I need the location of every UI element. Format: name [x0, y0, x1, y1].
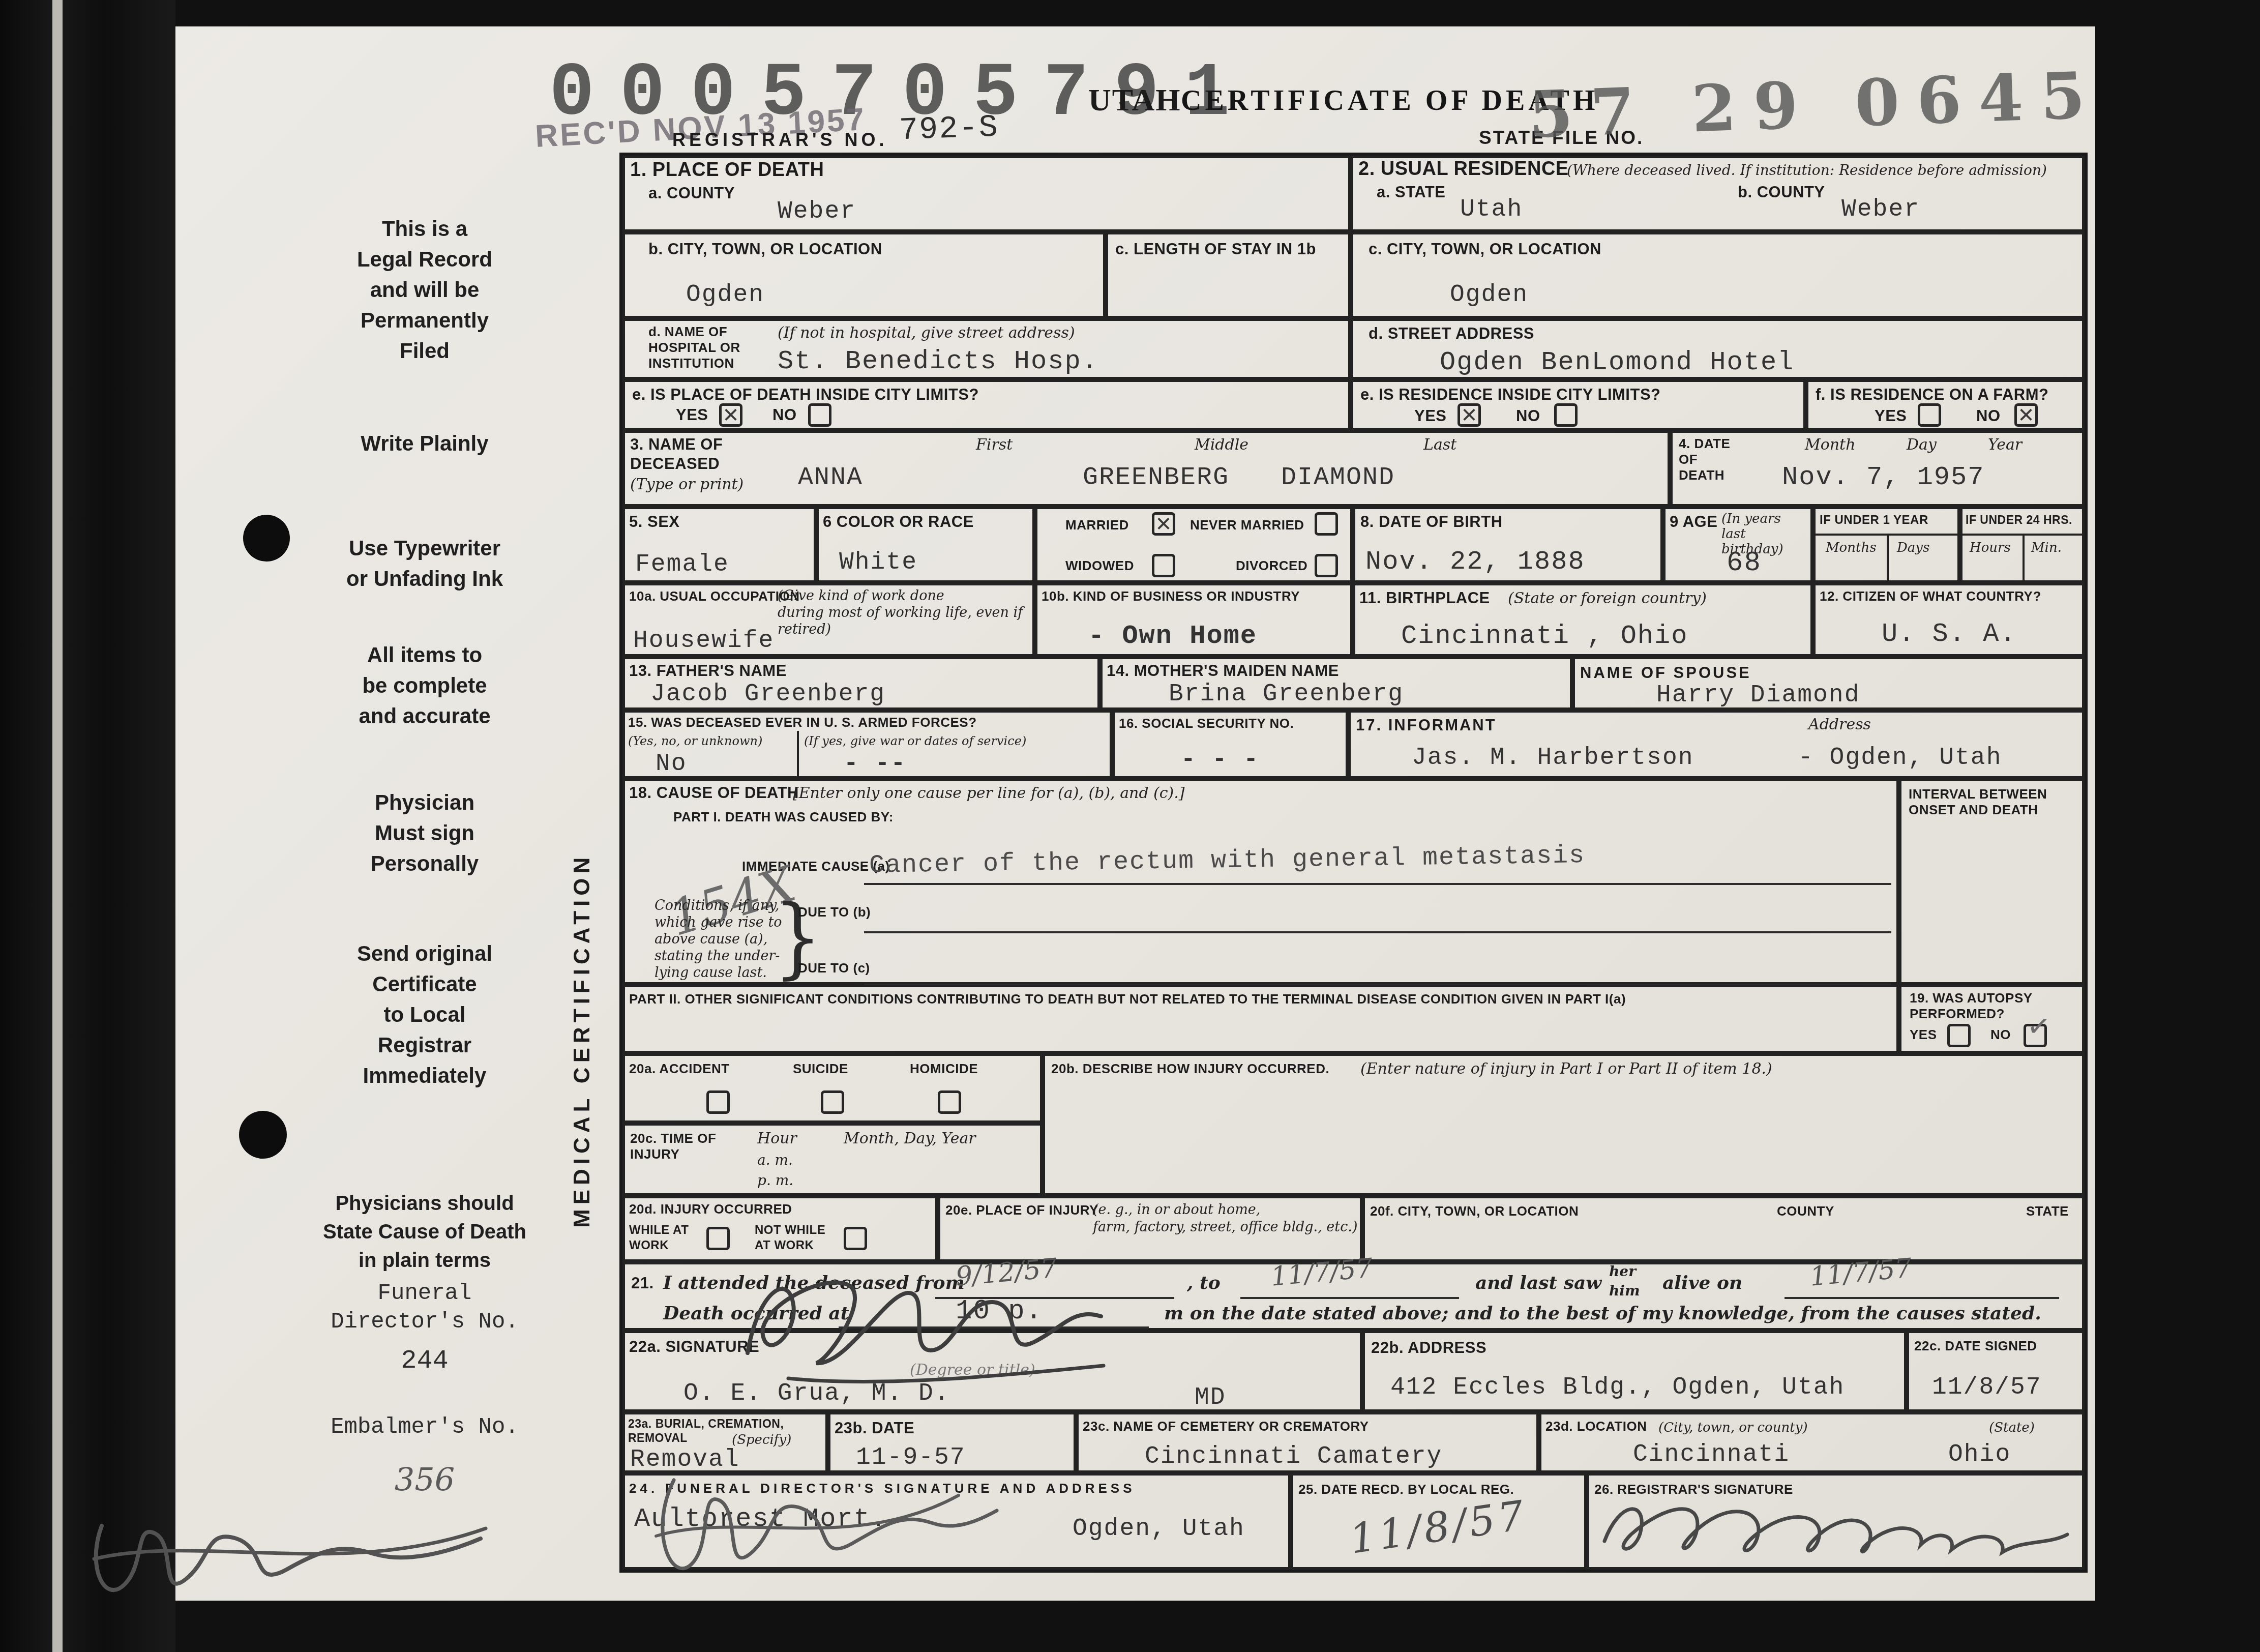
field-2e-yes-label: YES: [1414, 406, 1447, 426]
field-17-address: - Ogden, Utah: [1798, 744, 2002, 772]
margin-note-write-plainly: Write Plainly: [244, 428, 605, 459]
field-if-under-24-hrs: IF UNDER 24 HRS. Hours Min.: [1960, 507, 2085, 583]
field-1b-city: b. CITY, TOWN, OR LOCATION Ogden: [622, 232, 1106, 318]
title-utah: UTAH: [1088, 82, 1181, 119]
field-7-never-married-label: NEVER MARRIED: [1190, 517, 1304, 533]
field-3-last-value: DIAMOND: [1281, 463, 1395, 492]
field-1d-value: St. Benedicts Hosp.: [778, 346, 1098, 376]
field-19-yes-label: YES: [1910, 1027, 1937, 1043]
field-17-address-header: Address: [1808, 716, 1871, 734]
field-20c-label: 20c. TIME OF INJURY: [630, 1131, 716, 1162]
field-20f-state-label: STATE: [2026, 1203, 2069, 1219]
field-2d-label: d. STREET ADDRESS: [1369, 324, 1534, 343]
checkbox-7-widowed: [1152, 554, 1175, 577]
field-7-widowed-label: WIDOWED: [1065, 558, 1134, 574]
checkbox-1e-yes-mark: ✕: [722, 404, 739, 427]
field-22c-label: 22c. DATE SIGNED: [1914, 1338, 2037, 1354]
field-1e-no-label: NO: [772, 405, 797, 425]
field-usual-residence-state-county: 2. USUAL RESIDENCE (Where deceased lived…: [1351, 156, 2085, 232]
field-21-num: 21.: [631, 1274, 654, 1293]
field-15-v2: - --: [844, 750, 906, 778]
field-2a-label: a. STATE: [1377, 183, 1445, 202]
field-23d-location: 23d. LOCATION (City, town, or county) (S…: [1539, 1412, 2085, 1473]
registrar-no-label: REGISTRAR'S NO.: [672, 130, 888, 150]
field-15-h2: (If yes, give war or dates of service): [804, 732, 1026, 750]
field-16-ssn: 16. SOCIAL SECURITY NO. - - -: [1112, 710, 1348, 779]
field-interval-onset-death: INTERVAL BETWEEN ONSET AND DEATH: [1899, 779, 2085, 985]
field-2a-value: Utah: [1460, 196, 1523, 223]
field-17-label: 17. INFORMANT: [1356, 716, 1497, 735]
embalmer-no-value: 356: [244, 1461, 605, 1498]
checkbox-1e-yes: ✕: [719, 403, 742, 427]
checkbox-20d-not-while-at-work: [844, 1227, 867, 1250]
checkbox-2e-yes-mark: ✕: [1461, 404, 1478, 427]
field-11-label: 11. BIRTHPLACE: [1359, 588, 1490, 608]
field-23c-label: 23c. NAME OF CEMETERY OR CREMATORY: [1083, 1419, 1369, 1434]
field-12-citizenship: 12. CITIZEN OF WHAT COUNTRY? U. S. A.: [1813, 583, 2085, 657]
field-8-value: Nov. 22, 1888: [1365, 547, 1585, 577]
field-7-marital-status: MARRIED ✕ NEVER MARRIED WIDOWED DIVORCED: [1035, 507, 1353, 583]
field-20f-injury-location: 20f. CITY, TOWN, OR LOCATION COUNTY STAT…: [1362, 1196, 2085, 1262]
field-22a-md: MD: [1195, 1384, 1226, 1411]
field-20d-not-while-label: NOT WHILE AT WORK: [755, 1223, 825, 1253]
checkbox-2f-yes: [1918, 403, 1941, 427]
field-10b-value: - Own Home: [1088, 621, 1257, 651]
field-20c-hour: Hour: [757, 1130, 797, 1148]
embalmer-no-label: Embalmer's No.: [244, 1413, 605, 1441]
section1-title: 1. PLACE OF DEATH: [630, 160, 824, 180]
field-18-due-c-label: DUE TO (c): [798, 960, 870, 976]
field-1d-label: d. NAME OF HOSPITAL OR INSTITUTION: [648, 324, 740, 371]
field-3-last-header: Last: [1423, 436, 1456, 454]
registrar-no-value: 792-S: [899, 109, 999, 149]
field-part2-label: PART II. OTHER SIGNIFICANT CONDITIONS CO…: [629, 991, 1870, 1007]
field-8-date-of-birth: 8. DATE OF BIRTH Nov. 22, 1888: [1353, 507, 1663, 583]
field-4-year-header: Year: [1988, 436, 2022, 454]
field-21-him: him: [1609, 1282, 1640, 1300]
field-20d-while-label: WHILE AT WORK: [629, 1223, 689, 1253]
field-20d-label: 20d. INJURY OCCURRED: [629, 1201, 792, 1217]
field-12-value: U. S. A.: [1882, 619, 2017, 649]
field-22b-address: 22b. ADDRESS 412 Eccles Bldg., Ogden, Ut…: [1362, 1331, 1907, 1412]
field-1e-city-limits: e. IS PLACE OF DEATH INSIDE CITY LIMITS?…: [622, 379, 1351, 430]
field-20c-mdy: Month, Day, Year: [844, 1130, 976, 1148]
field-1d-hospital: d. NAME OF HOSPITAL OR INSTITUTION (If n…: [622, 318, 1351, 379]
margin-note-plain-terms: Physicians should State Cause of Death i…: [244, 1189, 605, 1275]
funeral-director-signature: [633, 1460, 1009, 1597]
field-2e-no-label: NO: [1516, 406, 1540, 426]
field-5-value: Female: [635, 551, 729, 578]
field-3-middle-header: Middle: [1195, 436, 1248, 454]
under-24-hrs-min: Min.: [2031, 539, 2062, 557]
field-5-label: 5. SEX: [629, 512, 680, 532]
field-6-label: 6 COLOR OR RACE: [823, 512, 974, 532]
physician-signature: [727, 1256, 1114, 1399]
field-23d-hint: (City, town, or county): [1658, 1419, 1808, 1437]
field-4-date-of-death: 4. DATE OF DEATH Month Day Year Nov. 7, …: [1670, 430, 2085, 507]
margin-note-physician-sign: Physician Must sign Personally: [244, 787, 605, 879]
checkbox-2e-no: [1554, 403, 1578, 427]
checkbox-2e-yes: ✕: [1458, 403, 1481, 427]
checkbox-20a-suicide: [821, 1090, 844, 1114]
field-18-conditions: Conditions, if any, which gave rise to a…: [655, 897, 782, 981]
under-1-year-days: Days: [1897, 539, 1929, 557]
checkbox-2f-no: ✕: [2014, 403, 2038, 427]
field-2d-value: Ogden BenLomond Hotel: [1440, 347, 1794, 377]
field-1b-value: Ogden: [686, 281, 764, 309]
checkbox-7-married: ✕: [1152, 512, 1175, 536]
field-20a-homicide-label: HOMICIDE: [910, 1061, 978, 1077]
field-15-label: 15. WAS DECEASED EVER IN U. S. ARMED FOR…: [628, 715, 977, 730]
field-2c-city: c. CITY, TOWN, OR LOCATION Ogden: [1351, 232, 2085, 318]
margin-note-send-original: Send original Certificate to Local Regis…: [244, 938, 605, 1091]
registrar-signature: [1589, 1478, 2083, 1574]
field-2c-value: Ogden: [1450, 281, 1528, 309]
field-part2-conditions: PART II. OTHER SIGNIFICANT CONDITIONS CO…: [622, 985, 1899, 1053]
field-2f-no-label: NO: [1976, 406, 2001, 426]
field-10a-occupation: 10a. USUAL OCCUPATION (Give kind of work…: [622, 583, 1035, 657]
field-9-label: 9 AGE: [1670, 512, 1717, 532]
checkbox-19-no-mark: ✓: [2026, 1018, 2051, 1036]
under-1-year-months: Months: [1826, 539, 1877, 557]
field-3-middle-value: GREENBERG: [1083, 463, 1229, 492]
field-17-informant: 17. INFORMANT Address Jas. M. Harbertson…: [1348, 710, 2085, 779]
scan-binding-edge: [0, 0, 175, 1652]
field-1a-value: Weber: [778, 198, 856, 225]
field-1c-length-of-stay: c. LENGTH OF STAY IN 1b: [1106, 232, 1351, 318]
field-18-cause-of-death: 18. CAUSE OF DEATH [Enter only one cause…: [622, 779, 1899, 985]
scanned-death-certificate: 0005705791 REC'D NOV 13 1957 REGISTRAR'S…: [0, 0, 2260, 1652]
field-25-value: 11/8/57: [1347, 1491, 1530, 1563]
field-15-armed-forces: 15. WAS DECEASED EVER IN U. S. ARMED FOR…: [622, 710, 1112, 779]
checkbox-20d-while-at-work: [706, 1227, 730, 1250]
field-20a-accident-label: 20a. ACCIDENT: [629, 1061, 730, 1077]
field-9-value: 68: [1727, 548, 1762, 579]
field-9-age: 9 AGE (In years last birthday) 68: [1663, 507, 1813, 583]
field-3-name-of-deceased: 3. NAME OF DECEASED (Type or print) Firs…: [622, 430, 1670, 507]
field-1a-label: a. COUNTY: [648, 184, 735, 203]
field-22b-value: 412 Eccles Bldg., Ogden, Utah: [1390, 1374, 1845, 1401]
field-2f-farm: f. IS RESIDENCE ON A FARM? YES NO ✕: [1806, 379, 2085, 430]
field-23d-state-hint: (State): [1989, 1419, 2035, 1437]
field-4-month-header: Month: [1805, 436, 1855, 454]
field-8-label: 8. DATE OF BIRTH: [1360, 512, 1503, 532]
field-23c-value: Cincinnati Camatery: [1145, 1443, 1442, 1470]
field-22b-label: 22b. ADDRESS: [1371, 1338, 1486, 1358]
checkbox-7-married-mark: ✕: [1155, 513, 1172, 536]
field-11-hint: (State or foreign country): [1508, 589, 1707, 608]
field-10a-label: 10a. USUAL OCCUPATION: [629, 588, 800, 604]
field-10b-industry: 10b. KIND OF BUSINESS OR INDUSTRY - Own …: [1035, 583, 1353, 657]
under-24-hrs-header: IF UNDER 24 HRS.: [1966, 512, 2072, 528]
field-3-first-value: ANNA: [798, 463, 863, 492]
field-spouse-value: Harry Diamond: [1656, 682, 1860, 709]
field-20b-describe-injury: 20b. DESCRIBE HOW INJURY OCCURRED. (Ente…: [1043, 1053, 2085, 1196]
margin-note-all-items: All items to be complete and accurate: [244, 640, 605, 731]
field-11-value: Cincinnati , Ohio: [1401, 621, 1688, 651]
field-2d-street-address: d. STREET ADDRESS Ogden BenLomond Hotel: [1351, 318, 2085, 379]
field-18-part1: PART I. DEATH WAS CAUSED BY:: [673, 809, 894, 825]
checkbox-7-divorced: [1315, 554, 1338, 577]
field-19-label: 19. WAS AUTOPSY PERFORMED?: [1910, 990, 2033, 1022]
margin-note-legal-record: This is a Legal Record and will be Perma…: [244, 214, 605, 366]
field-18-due-b-label: DUE TO (b): [798, 904, 871, 920]
field-18-hint: [Enter only one cause per line for (a), …: [793, 784, 1185, 803]
field-place-of-death-county: 1. PLACE OF DEATH a. COUNTY Weber: [622, 156, 1351, 232]
field-20e-hint: (e. g., in or about home, farm, factory,…: [1093, 1201, 1357, 1236]
field-21-t4: alive on: [1662, 1274, 1742, 1292]
field-20d-injury-occurred: 20d. INJURY OCCURRED WHILE AT WORK NOT W…: [622, 1196, 938, 1262]
field-1d-hint: (If not in hospital, give street address…: [778, 324, 1075, 342]
field-23d-label: 23d. LOCATION: [1545, 1419, 1647, 1434]
checkbox-19-yes: [1947, 1024, 1971, 1047]
margin-embalmer-signature: [76, 1495, 498, 1602]
field-11-birthplace: 11. BIRTHPLACE (State or foreign country…: [1353, 583, 1813, 657]
field-2e-label: e. IS RESIDENCE INSIDE CITY LIMITS?: [1360, 385, 1661, 404]
under-24-hrs-hours: Hours: [1970, 539, 2011, 557]
checkbox-19-no: ✓: [2024, 1024, 2047, 1047]
margin-note-use-typewriter: Use Typewriter or Unfading Ink: [244, 533, 605, 594]
field-3-hint: (Type or print): [630, 476, 744, 494]
field-20f-county-label: COUNTY: [1777, 1203, 1834, 1219]
section2-title: 2. USUAL RESIDENCE: [1358, 159, 1569, 179]
field-7-married-label: MARRIED: [1065, 517, 1129, 533]
field-1e-label: e. IS PLACE OF DEATH INSIDE CITY LIMITS?: [632, 385, 979, 404]
checkbox-1e-no: [808, 403, 831, 427]
field-20e-label: 20e. PLACE OF INJURY: [945, 1202, 1098, 1218]
medical-certification-side-label: MEDICAL CERTIFICATION: [570, 821, 605, 1259]
field-6-value: White: [839, 549, 917, 576]
hole-punch-bottom: [239, 1111, 287, 1159]
field-20a-suicide-label: SUICIDE: [793, 1061, 848, 1077]
under-1-year-header: IF UNDER 1 YEAR: [1820, 512, 1928, 528]
field-23d-city-value: Cincinnati: [1633, 1441, 1790, 1468]
field-22c-value: 11/8/57: [1932, 1374, 2042, 1401]
field-14-label: 14. MOTHER'S MAIDEN NAME: [1107, 661, 1339, 681]
field-24-address: Ogden, Utah: [1073, 1515, 1245, 1543]
field-12-label: 12. CITIZEN OF WHAT COUNTRY?: [1820, 588, 2041, 604]
field-17-name: Jas. M. Harbertson: [1412, 744, 1693, 772]
field-2f-label: f. IS RESIDENCE ON A FARM?: [1816, 385, 2049, 404]
field-6-color-or-race: 6 COLOR OR RACE White: [816, 507, 1035, 583]
field-23a-hint: (Specify): [732, 1431, 791, 1449]
field-21-t6: m on the date stated above; and to the b…: [1164, 1304, 2041, 1322]
field-20c-ampm: a. m. p. m.: [757, 1150, 793, 1191]
field-15-v1: No: [656, 750, 687, 778]
field-25-date-received: 25. DATE RECD. BY LOCAL REG. 11/8/57: [1291, 1473, 1587, 1570]
checkbox-7-never-married: [1315, 512, 1338, 536]
checkbox-20a-homicide: [938, 1090, 961, 1114]
field-3-label: 3. NAME OF DECEASED: [630, 435, 723, 474]
field-22c-date-signed: 22c. DATE SIGNED 11/8/57: [1907, 1331, 2085, 1412]
funeral-director-no-label: Funeral Director's No.: [244, 1279, 605, 1336]
field-2f-yes-label: YES: [1875, 406, 1907, 426]
field-16-label: 16. SOCIAL SECURITY NO.: [1119, 716, 1294, 731]
field-19-no-label: NO: [1990, 1027, 2011, 1043]
scan-edge-sliver: [52, 0, 63, 1652]
field-5-sex: 5. SEX Female: [622, 507, 816, 583]
field-7-divorced-label: DIVORCED: [1236, 558, 1307, 574]
field-14-mother: 14. MOTHER'S MAIDEN NAME Brina Greenberg: [1100, 657, 1572, 710]
section2-hint: (Where deceased lived. If institution: R…: [1567, 161, 2047, 180]
field-20c-time-of-injury: 20c. TIME OF INJURY Hour a. m. p. m. Mon…: [622, 1123, 1043, 1196]
field-21-her: her: [1609, 1262, 1636, 1281]
field-4-value: Nov. 7, 1957: [1782, 462, 1984, 492]
field-13-label: 13. FATHER'S NAME: [629, 661, 787, 681]
interval-label: INTERVAL BETWEEN ONSET AND DEATH: [1909, 786, 2047, 818]
field-13-father: 13. FATHER'S NAME Jacob Greenberg: [622, 657, 1100, 710]
field-25-label: 25. DATE RECD. BY LOCAL REG.: [1298, 1482, 1514, 1497]
checkbox-20a-accident: [706, 1090, 730, 1114]
field-4-label: 4. DATE OF DEATH: [1679, 436, 1730, 483]
field-2c-label: c. CITY, TOWN, OR LOCATION: [1369, 240, 1601, 259]
funeral-director-no-value: 244: [244, 1347, 605, 1375]
field-1c-label: c. LENGTH OF STAY IN 1b: [1115, 240, 1316, 259]
field-2b-label: b. COUNTY: [1738, 183, 1825, 202]
field-10b-label: 10b. KIND OF BUSINESS OR INDUSTRY: [1042, 588, 1300, 604]
field-20b-hint: (Enter nature of injury in Part I or Par…: [1360, 1060, 1772, 1078]
field-16-value: - - -: [1181, 746, 1259, 774]
field-2b-value: Weber: [1841, 196, 1920, 223]
field-15-h1: (Yes, no, or unknown): [628, 732, 762, 750]
field-4-day-header: Day: [1907, 436, 1937, 454]
field-10a-value: Housewife: [633, 627, 774, 655]
field-if-under-1-year: IF UNDER 1 YEAR Months Days: [1813, 507, 1960, 583]
checkbox-2f-no-mark: ✕: [2017, 404, 2035, 427]
field-20a-accident-suicide-homicide: 20a. ACCIDENT SUICIDE HOMICIDE: [622, 1053, 1043, 1123]
field-21-t2: , to: [1187, 1274, 1221, 1292]
field-3-first-header: First: [976, 436, 1013, 454]
field-10a-hint: (Give kind of work done during most of w…: [778, 587, 1032, 638]
field-21-t3: and last saw: [1475, 1274, 1601, 1292]
field-20e-place-of-injury: 20e. PLACE OF INJURY (e. g., in or about…: [938, 1196, 1362, 1262]
field-spouse-label: NAME OF SPOUSE: [1580, 663, 1751, 683]
field-18-label: 18. CAUSE OF DEATH: [629, 783, 799, 803]
field-1b-label: b. CITY, TOWN, OR LOCATION: [648, 240, 882, 259]
field-20f-label: 20f. CITY, TOWN, OR LOCATION: [1370, 1203, 1579, 1219]
field-19-autopsy: 19. WAS AUTOPSY PERFORMED? YES NO ✓: [1899, 985, 2085, 1053]
field-14-value: Brina Greenberg: [1169, 681, 1404, 708]
field-20b-label: 20b. DESCRIBE HOW INJURY OCCURRED.: [1051, 1061, 1329, 1077]
field-23c-cemetery: 23c. NAME OF CEMETERY OR CREMATORY Cinci…: [1076, 1412, 1539, 1473]
field-13-value: Jacob Greenberg: [650, 681, 885, 708]
field-23b-label: 23b. DATE: [835, 1419, 914, 1438]
field-1e-yes-label: YES: [676, 405, 708, 425]
field-23d-state-value: Ohio: [1948, 1441, 2011, 1468]
field-spouse: NAME OF SPOUSE Harry Diamond: [1572, 657, 2085, 710]
field-2e-city-limits: e. IS RESIDENCE INSIDE CITY LIMITS? YES …: [1351, 379, 1806, 430]
